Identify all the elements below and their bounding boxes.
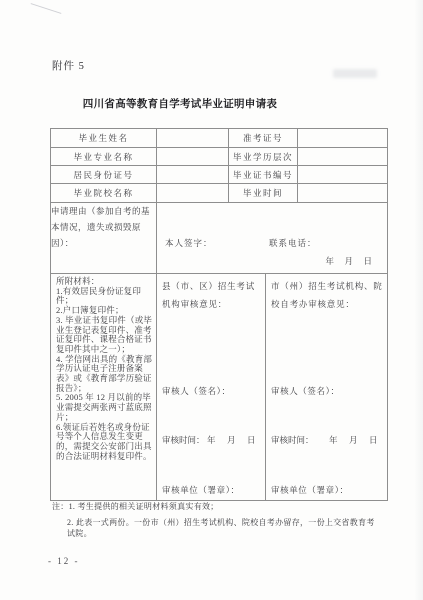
county-review-time-label: 审核时间： [162, 431, 205, 449]
contact-phone-label: 联系电话： [269, 237, 317, 249]
scan-fold-mark [31, 3, 62, 14]
county-review-time-date: 年 月 日 [207, 431, 257, 449]
footnote-text-1: 1. 考生提供的相关证明材料须真实有效； [69, 502, 219, 511]
scanned-document-page: 附件 5 四川省高等教育自学考试毕业证明申请表 毕业生姓名 准考证号 毕业专业名… [0, 0, 423, 600]
materials-item-1: 1.有效居民身份证复印件； [56, 287, 153, 306]
label-diploma-number: 毕业证书编号 [229, 166, 298, 184]
info-row-name: 毕业生姓名 准考证号 [51, 129, 388, 148]
footnote-line-1: 注：1. 考生提供的相关证明材料须真实有效； [52, 501, 382, 512]
attached-materials-cell: 所附材料： 1.有效居民身份证复印件； 2.户口簿复印件； 3. 毕业证书复印件… [51, 274, 157, 501]
county-review-unit-label: 审核单位（署章）： [162, 481, 240, 499]
label-graduation-date: 毕业时间 [229, 184, 298, 203]
label-id-number: 居民身份证号 [51, 166, 157, 184]
materials-item-3: 3. 毕业证书复印件（或毕业生登记表复印件、准考证复印件、课程合格证书复印件其中… [56, 316, 153, 355]
county-review-time-row: 审核时间： 年 月 日 [162, 431, 257, 449]
county-review-cell: 县（市、区）招生考试机构审核意见： 审核人（签名）： 审核时间： 年 月 日 审… [157, 274, 266, 501]
personal-signature-label: 本人签字： [165, 237, 213, 249]
label-graduate-name: 毕业生姓名 [51, 129, 157, 148]
value-admission-ticket-number [298, 129, 388, 148]
scan-page-edge-shadow [414, 0, 423, 600]
city-review-box: 市（州）招生考试机构、院校自考办审核意见： 审核人（签名）： 审核时间： 年 月… [266, 274, 387, 499]
value-school-name [157, 184, 229, 203]
application-reason-row: 申请理由（参加自考的基本情况，遗失或损毁原因）： 本人签字： 联系电话： 年 月… [51, 203, 388, 274]
materials-item-4: 4. 学信网出具的《教育部学历认证电子注册备案表》或《教育部学历验证报告》； [56, 355, 153, 394]
application-reason-label: 申请理由（参加自考的基本情况，遗失或损毁原因）： [51, 203, 157, 274]
county-review-header: 县（市、区）招生考试机构审核意见： [162, 277, 262, 313]
city-review-cell: 市（州）招生考试机构、院校自考办审核意见： 审核人（签名）： 审核时间： 年 月… [266, 274, 388, 501]
county-reviewer-signature-label: 审核人（签名）： [162, 382, 231, 400]
application-form-table: 毕业生姓名 准考证号 毕业专业名称 毕业学历层次 居民身份证号 毕业证书编号 毕… [50, 128, 388, 501]
city-review-unit-label: 审核单位（署章）： [271, 481, 349, 499]
info-row-school: 毕业院校名称 毕业时间 [51, 184, 388, 203]
info-row-major: 毕业专业名称 毕业学历层次 [51, 148, 388, 166]
value-id-number [157, 166, 229, 184]
label-major-name: 毕业专业名称 [51, 148, 157, 166]
info-row-id-number: 居民身份证号 毕业证书编号 [51, 166, 388, 184]
value-graduate-name [157, 129, 229, 148]
attached-materials-list: 所附材料： 1.有效居民身份证复印件； 2.户口簿复印件； 3. 毕业证书复印件… [51, 274, 156, 461]
city-reviewer-signature-label: 审核人（签名）： [271, 382, 340, 400]
signature-cell: 本人签字： 联系电话： 年 月 日 [157, 203, 388, 274]
city-review-time-label: 审核时间： [271, 431, 314, 449]
label-education-level: 毕业学历层次 [229, 148, 298, 166]
footnote-prefix: 注： [52, 502, 69, 511]
attachment-label: 附件 5 [52, 58, 85, 73]
value-education-level [298, 148, 388, 166]
label-admission-ticket-number: 准考证号 [229, 129, 298, 148]
signature-date-label: 年 月 日 [326, 255, 374, 267]
materials-item-6: 6.领证后若姓名或身份证号等个人信息发生变更的，需提交公安部门出具的合法证明材料… [56, 423, 153, 462]
city-review-time-date: 年 月 日 [329, 431, 379, 449]
city-review-header: 市（州）招生考试机构、院校自考办审核意见： [271, 277, 384, 313]
form-title: 四川省高等教育自学考试毕业证明申请表 [40, 96, 320, 111]
materials-item-5: 5. 2005 年 12 月以前的毕业需提交两张两寸蓝底照片； [56, 393, 153, 422]
page-number: - 12 - [48, 556, 80, 566]
footnote-line-2: 2. 此表一式两份。一份市（州）招生考试机构、院校自考办留存，一份上交省教育考试… [67, 517, 382, 539]
materials-review-row: 所附材料： 1.有效居民身份证复印件； 2.户口簿复印件； 3. 毕业证书复印件… [51, 274, 388, 501]
footnotes: 注：1. 考生提供的相关证明材料须真实有效； 2. 此表一式两份。一份市（州）招… [52, 501, 382, 539]
county-review-box: 县（市、区）招生考试机构审核意见： 审核人（签名）： 审核时间： 年 月 日 审… [157, 274, 265, 499]
scan-ghost-text [333, 69, 377, 78]
value-diploma-number [298, 166, 388, 184]
city-review-time-row: 审核时间： 年 月 日 [271, 431, 379, 449]
value-graduation-date [298, 184, 388, 203]
label-school-name: 毕业院校名称 [51, 184, 157, 203]
signature-box: 本人签字： 联系电话： 年 月 日 [157, 204, 387, 273]
value-major-name [157, 148, 229, 166]
